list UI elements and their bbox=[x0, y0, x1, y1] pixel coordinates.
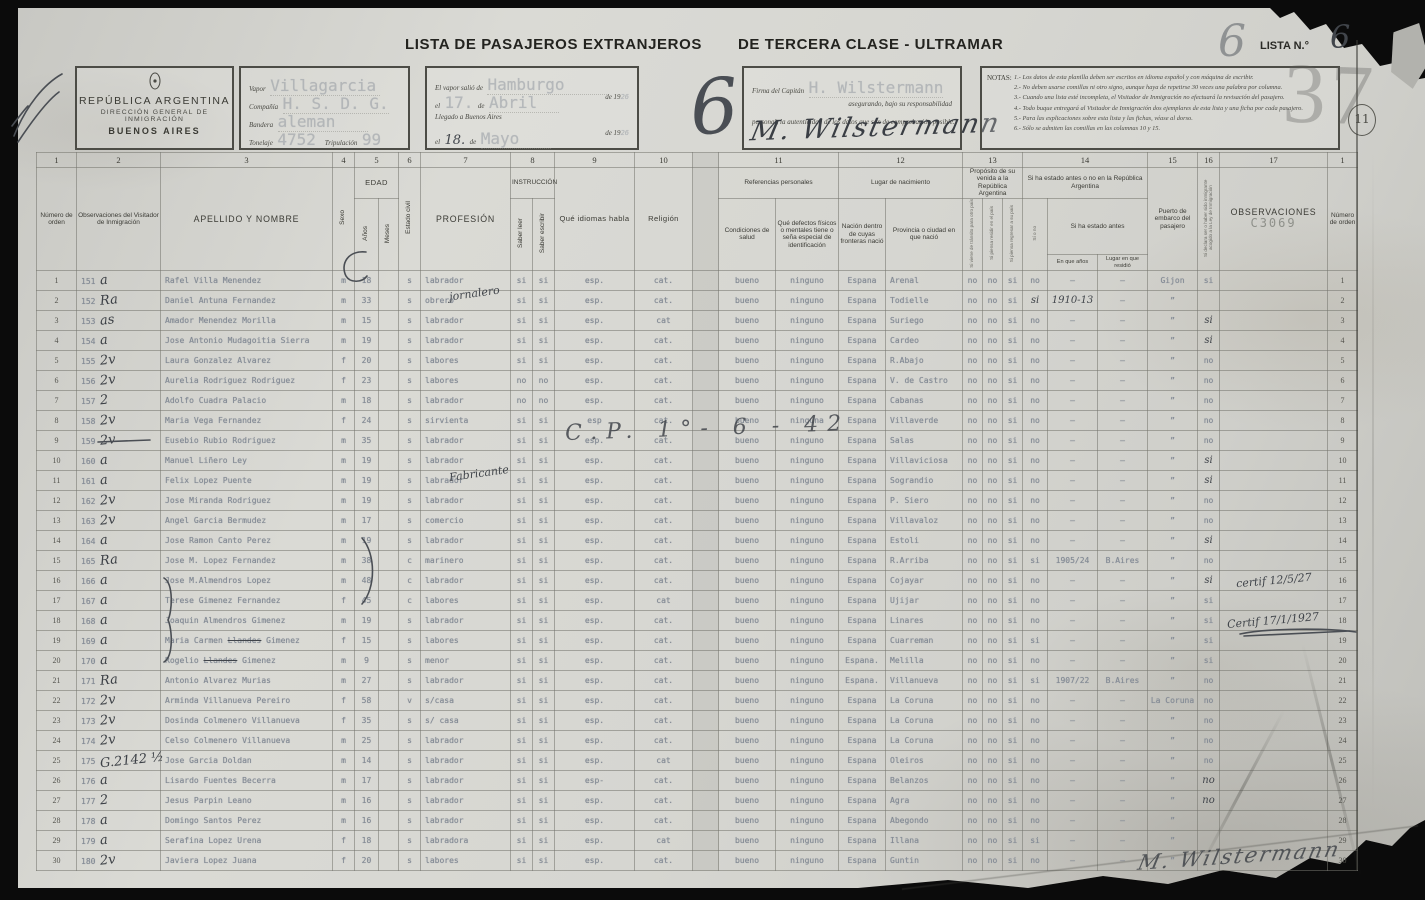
cell-gap bbox=[693, 591, 719, 611]
cell-c16: si bbox=[1198, 531, 1220, 551]
cell-n: 27 bbox=[37, 791, 77, 811]
cell-yrs: – bbox=[1048, 591, 1098, 611]
cell-n2: 24 bbox=[1328, 731, 1358, 751]
cell-yr: 20 bbox=[355, 351, 379, 371]
cell-def: ninguno bbox=[776, 631, 839, 651]
passenger-row: 19169aMaria Carmen Llandes Gimenezf15sla… bbox=[37, 631, 1358, 651]
cell-yr: 15 bbox=[355, 311, 379, 331]
visitor-mark: a bbox=[100, 633, 109, 649]
cell-n2: 4 bbox=[1328, 331, 1358, 351]
cell-name: Jose M. Lopez Fernandez bbox=[161, 551, 333, 571]
row18-obs-flourish bbox=[1238, 624, 1358, 640]
cell-n: 10 bbox=[37, 451, 77, 471]
cell-c16: si bbox=[1198, 591, 1220, 611]
cell-civ: s bbox=[399, 411, 421, 431]
cell-p1: no bbox=[963, 351, 983, 371]
cell-rd: si bbox=[511, 551, 533, 571]
cell-wr: si bbox=[533, 651, 555, 671]
cell-p3: si bbox=[1003, 311, 1023, 331]
cell-obs bbox=[1220, 331, 1328, 351]
table-right-border bbox=[1356, 40, 1358, 870]
scanned-passenger-list-page: LISTA DE PASAJEROS EXTRANJEROS DE TERCER… bbox=[0, 0, 1425, 900]
cell-p2: no bbox=[983, 771, 1003, 791]
dia-salida: 17. bbox=[445, 93, 474, 112]
cell-sex: f bbox=[333, 351, 355, 371]
cell-regmark: 175G.2142 ½ bbox=[77, 751, 161, 771]
cell-p1: no bbox=[963, 811, 983, 831]
cell-gap bbox=[693, 511, 719, 531]
cell-civ: s bbox=[399, 731, 421, 751]
cell-n: 13 bbox=[37, 511, 77, 531]
cell-prof: labores bbox=[421, 631, 511, 651]
cell-gap bbox=[693, 311, 719, 331]
cell-name: Maria Carmen Llandes Gimenez bbox=[161, 631, 333, 651]
cell-civ: c bbox=[399, 571, 421, 591]
header-profesion: PROFESIÓN bbox=[421, 168, 511, 271]
cell-p3: si bbox=[1003, 851, 1023, 871]
cell-p1: no bbox=[963, 611, 983, 631]
cell-def: ninguno bbox=[776, 531, 839, 551]
passenger-row: 16166aJose M.Almendros Lopezm48clabrador… bbox=[37, 571, 1358, 591]
cell-lug: – bbox=[1098, 571, 1148, 591]
cell-p1: no bbox=[963, 411, 983, 431]
cell-n: 5 bbox=[37, 351, 77, 371]
cell-been: si bbox=[1023, 551, 1048, 571]
visitor-mark: 2v bbox=[100, 372, 117, 389]
cell-regmark: 154a bbox=[77, 331, 161, 351]
cell-prof: sirvienta bbox=[421, 411, 511, 431]
cell-prof: comercio bbox=[421, 511, 511, 531]
tonelaje-label: Tonelaje bbox=[249, 139, 273, 147]
cell-yrs: – bbox=[1048, 451, 1098, 471]
visitor-mark: 2v bbox=[100, 352, 117, 369]
cell-p2: no bbox=[983, 571, 1003, 591]
cell-obs bbox=[1220, 691, 1328, 711]
cell-rd: no bbox=[511, 371, 533, 391]
cell-sex: m bbox=[333, 731, 355, 751]
cell-lang: esp. bbox=[555, 791, 635, 811]
cell-rel: cat. bbox=[635, 851, 693, 871]
cell-hlt: bueno bbox=[719, 711, 776, 731]
cell-n2: 9 bbox=[1328, 431, 1358, 451]
cell-wr: si bbox=[533, 831, 555, 851]
cell-p1: no bbox=[963, 671, 983, 691]
firma-typed: H. Wilstermann bbox=[809, 78, 944, 98]
cell-regmark: 152Ra bbox=[77, 291, 161, 311]
cell-gap bbox=[693, 751, 719, 771]
cell-wr: si bbox=[533, 531, 555, 551]
cell-rd: si bbox=[511, 431, 533, 451]
cell-def: ninguno bbox=[776, 751, 839, 771]
firma-label: Firma del Capitán bbox=[752, 87, 804, 95]
passenger-rows: 1151aRafel Villa Menendezm18slabradorsis… bbox=[37, 271, 1358, 871]
cell-rd: si bbox=[511, 651, 533, 671]
cell-n: 15 bbox=[37, 551, 77, 571]
cell-p2: no bbox=[983, 531, 1003, 551]
cell-yr: 24 bbox=[355, 411, 379, 431]
cell-prof: labores bbox=[421, 591, 511, 611]
cell-port: Gijon bbox=[1148, 271, 1198, 291]
cell-lang: esp. bbox=[555, 591, 635, 611]
cell-gap bbox=[693, 671, 719, 691]
cell-lang: esp. bbox=[555, 631, 635, 651]
cell-sex: f bbox=[333, 371, 355, 391]
cell-sex: m bbox=[333, 791, 355, 811]
passenger-row: 121622vJose Miranda Rodriguezm19slabrado… bbox=[37, 491, 1358, 511]
cell-port: ” bbox=[1148, 511, 1198, 531]
cell-gap bbox=[693, 471, 719, 491]
ship-box: Vapor Villagarcia Compañía H. S. D. G. B… bbox=[239, 66, 410, 150]
cell-p2: no bbox=[983, 311, 1003, 331]
visitor-mark: as bbox=[100, 312, 116, 328]
cell-c16: si bbox=[1198, 631, 1220, 651]
cell-regmark: 169a bbox=[77, 631, 161, 651]
cell-p3: si bbox=[1003, 391, 1023, 411]
cell-rd: si bbox=[511, 611, 533, 631]
cell-name: Angel Garcia Bermudez bbox=[161, 511, 333, 531]
cell-obs bbox=[1220, 551, 1328, 571]
cell-c16: no bbox=[1198, 431, 1220, 451]
cell-name: Rafel Villa Menendez bbox=[161, 271, 333, 291]
cell-n: 2 bbox=[37, 291, 77, 311]
cell-regmark: 176a bbox=[77, 771, 161, 791]
cell-port: ” bbox=[1148, 311, 1198, 331]
cell-c16: si bbox=[1198, 451, 1220, 471]
passenger-row: 29179aSerafina Lopez Urenaf18slabradoras… bbox=[37, 831, 1358, 851]
cell-p3: si bbox=[1003, 411, 1023, 431]
cell-p3: si bbox=[1003, 671, 1023, 691]
cell-n: 18 bbox=[37, 611, 77, 631]
cell-yr: 25 bbox=[355, 731, 379, 751]
rows17-20-brace bbox=[160, 576, 178, 664]
cell-c16: si bbox=[1198, 311, 1220, 331]
cell-n: 21 bbox=[37, 671, 77, 691]
cell-p2: no bbox=[983, 591, 1003, 611]
cell-def: ninguno bbox=[776, 811, 839, 831]
cell-wr: si bbox=[533, 751, 555, 771]
cell-p1: no bbox=[963, 291, 983, 311]
colnum-10: 10 bbox=[635, 153, 693, 168]
cell-mo bbox=[379, 371, 399, 391]
cell-prov: Arenal bbox=[886, 271, 963, 291]
cell-p1: no bbox=[963, 431, 983, 451]
cell-been: si bbox=[1023, 631, 1048, 651]
cell-regmark: 166a bbox=[77, 571, 161, 591]
cell-hlt: bueno bbox=[719, 511, 776, 531]
cell-sex: m bbox=[333, 311, 355, 331]
cell-nac: Espana bbox=[839, 591, 886, 611]
cell-c16: no bbox=[1198, 691, 1220, 711]
cell-civ: s bbox=[399, 391, 421, 411]
header-condiciones-salud: Condiciones de salud bbox=[719, 198, 776, 270]
cell-c16: no bbox=[1198, 371, 1220, 391]
cell-hlt: bueno bbox=[719, 851, 776, 871]
cell-sex: m bbox=[333, 651, 355, 671]
anio-salida: 26 bbox=[621, 93, 629, 101]
visitor-mark: a bbox=[100, 573, 109, 589]
cell-n: 29 bbox=[37, 831, 77, 851]
cell-civ: s bbox=[399, 431, 421, 451]
coat-of-arms-icon bbox=[77, 72, 232, 95]
cell-nac: Espana bbox=[839, 571, 886, 591]
cell-been: no bbox=[1023, 711, 1048, 731]
cell-mo bbox=[379, 671, 399, 691]
cell-c16 bbox=[1198, 291, 1220, 311]
cell-port: ” bbox=[1148, 671, 1198, 691]
cell-wr: si bbox=[533, 611, 555, 631]
cell-prof: labrador bbox=[421, 731, 511, 751]
cell-mo bbox=[379, 791, 399, 811]
visitor-mark: a bbox=[100, 273, 109, 289]
cell-gap bbox=[693, 811, 719, 831]
cell-port: ” bbox=[1148, 571, 1198, 591]
cell-yr: 33 bbox=[355, 291, 379, 311]
cell-rel: cat. bbox=[635, 611, 693, 631]
cell-prov: Oleiros bbox=[886, 751, 963, 771]
cell-name: Jesus Parpin Leano bbox=[161, 791, 333, 811]
cell-gap bbox=[693, 711, 719, 731]
cell-yr: 19 bbox=[355, 471, 379, 491]
fold-line-right bbox=[1372, 150, 1374, 810]
cell-gap bbox=[693, 571, 719, 591]
cell-p3: si bbox=[1003, 691, 1023, 711]
visitor-mark: a bbox=[100, 453, 109, 469]
cell-prov: La Coruna bbox=[886, 711, 963, 731]
el-label: el bbox=[435, 102, 440, 110]
cell-p2: no bbox=[983, 291, 1003, 311]
cell-regmark: 1802v bbox=[77, 851, 161, 871]
cell-prof: labrador bbox=[421, 491, 511, 511]
cell-def: ninguno bbox=[776, 711, 839, 731]
visitor-mark: Ra bbox=[100, 292, 119, 309]
header-lugar-residio: Lugar en que residió bbox=[1098, 255, 1148, 271]
cell-lang: esp. bbox=[555, 571, 635, 591]
cell-obs bbox=[1220, 771, 1328, 791]
de-label2: de bbox=[470, 138, 477, 146]
cell-obs bbox=[1220, 371, 1328, 391]
cell-lug: – bbox=[1098, 731, 1148, 751]
cell-been: si bbox=[1023, 831, 1048, 851]
salio-value: Hamburgo bbox=[487, 75, 607, 95]
cell-prov: Illana bbox=[886, 831, 963, 851]
org-name: REPÚBLICA ARGENTINA bbox=[77, 95, 232, 107]
cell-sex: m bbox=[333, 451, 355, 471]
captain-line2: asegurando, bajo su responsabilidad bbox=[752, 100, 952, 108]
cell-regmark: 170a bbox=[77, 651, 161, 671]
cell-def: ninguno bbox=[776, 851, 839, 871]
cell-lug: – bbox=[1098, 651, 1148, 671]
cell-yr: 35 bbox=[355, 711, 379, 731]
cell-obs bbox=[1220, 271, 1328, 291]
cell-prov: Melilla bbox=[886, 651, 963, 671]
cell-mo bbox=[379, 811, 399, 831]
cell-p2: no bbox=[983, 831, 1003, 851]
header-meses: Meses bbox=[379, 198, 399, 270]
cell-wr: si bbox=[533, 431, 555, 451]
cell-prof: labrador bbox=[421, 571, 511, 591]
cell-sex: f bbox=[333, 711, 355, 731]
cell-obs bbox=[1220, 311, 1328, 331]
cell-yrs: – bbox=[1048, 331, 1098, 351]
cell-mo bbox=[379, 491, 399, 511]
cell-p1: no bbox=[963, 751, 983, 771]
cell-c16: no bbox=[1198, 731, 1220, 751]
rows15-16-paren bbox=[356, 536, 378, 606]
cell-obs bbox=[1220, 491, 1328, 511]
cell-obs bbox=[1220, 591, 1328, 611]
cell-prov: La Coruna bbox=[886, 731, 963, 751]
cell-civ: s bbox=[399, 311, 421, 331]
cell-wr: si bbox=[533, 711, 555, 731]
cell-n2: 26 bbox=[1328, 771, 1358, 791]
cell-p1: no bbox=[963, 831, 983, 851]
vapor-value: Villagarcia bbox=[270, 76, 380, 96]
cell-gap bbox=[693, 291, 719, 311]
cell-rd: si bbox=[511, 411, 533, 431]
cell-port: ” bbox=[1148, 371, 1198, 391]
tripulacion-label: Tripulación bbox=[325, 139, 358, 147]
cell-def: ninguno bbox=[776, 271, 839, 291]
visitor-mark: a bbox=[100, 333, 109, 349]
cell-mo bbox=[379, 571, 399, 591]
cell-hlt: bueno bbox=[719, 271, 776, 291]
org-box: REPÚBLICA ARGENTINA DIRECCIÓN GENERAL DE… bbox=[75, 66, 234, 150]
cell-yrs: 1907/22 bbox=[1048, 671, 1098, 691]
cell-prov: Ujijar bbox=[886, 591, 963, 611]
cell-wr: no bbox=[533, 371, 555, 391]
cell-rel: cat. bbox=[635, 491, 693, 511]
cell-prov: R.Arriba bbox=[886, 551, 963, 571]
cell-gap bbox=[693, 631, 719, 651]
cell-gap bbox=[693, 371, 719, 391]
cell-nac: Espana bbox=[839, 471, 886, 491]
cell-been: si bbox=[1023, 291, 1048, 311]
cell-been: no bbox=[1023, 371, 1048, 391]
header-row-groups: Número de orden Observaciones del Visita… bbox=[37, 168, 1358, 199]
cell-name: Arminda Villanueva Pereiro bbox=[161, 691, 333, 711]
cell-nac: Espana bbox=[839, 311, 886, 331]
cell-n2: 15 bbox=[1328, 551, 1358, 571]
cell-c16: no bbox=[1198, 711, 1220, 731]
cell-nac: Espana bbox=[839, 331, 886, 351]
cell-p1: no bbox=[963, 331, 983, 351]
cell-port: ” bbox=[1148, 631, 1198, 651]
cell-def: ninguno bbox=[776, 491, 839, 511]
cell-rel: cat. bbox=[635, 371, 693, 391]
cell-civ: s bbox=[399, 351, 421, 371]
cell-civ: s bbox=[399, 271, 421, 291]
cell-p3: si bbox=[1003, 771, 1023, 791]
cell-mo bbox=[379, 651, 399, 671]
passenger-row: 71572Adolfo Cuadra Palaciom18slabradorno… bbox=[37, 391, 1358, 411]
cell-prov: Cabanas bbox=[886, 391, 963, 411]
cell-c16: no bbox=[1198, 491, 1220, 511]
stamp-c3069: C3069 bbox=[1221, 217, 1326, 231]
page-title: LISTA DE PASAJEROS EXTRANJEROS bbox=[405, 36, 702, 53]
cell-prov: Suriego bbox=[886, 311, 963, 331]
cell-wr: si bbox=[533, 511, 555, 531]
visitor-mark: 2 bbox=[100, 793, 110, 809]
cell-hlt: bueno bbox=[719, 491, 776, 511]
cell-p1: no bbox=[963, 471, 983, 491]
cell-n: 1 bbox=[37, 271, 77, 291]
cell-been: si bbox=[1023, 671, 1048, 691]
cell-obs bbox=[1220, 291, 1328, 311]
cell-lang: esp. bbox=[555, 311, 635, 331]
cell-yr: 58 bbox=[355, 691, 379, 711]
cell-lug: – bbox=[1098, 451, 1148, 471]
cell-n: 23 bbox=[37, 711, 77, 731]
passenger-row: 221722vArminda Villanueva Pereirof58vs/c… bbox=[37, 691, 1358, 711]
cell-prof: labrador bbox=[421, 391, 511, 411]
cell-sex: m bbox=[333, 471, 355, 491]
cell-yrs: – bbox=[1048, 271, 1098, 291]
cell-port: ” bbox=[1148, 391, 1198, 411]
header-si-ha-estado: Si ha estado antes bbox=[1048, 198, 1148, 254]
header-proposito-b: Si piensa residir en el país bbox=[983, 198, 1003, 270]
cell-rel: cat. bbox=[635, 351, 693, 371]
cell-gap bbox=[693, 491, 719, 511]
cell-def: ninguno bbox=[776, 771, 839, 791]
cell-rel: cat. bbox=[635, 651, 693, 671]
cell-rel: cat. bbox=[635, 511, 693, 531]
llegado-label: Llegado a Buenos Aires bbox=[435, 113, 629, 121]
cell-gap bbox=[693, 451, 719, 471]
cell-obs bbox=[1220, 531, 1328, 551]
cell-rd: si bbox=[511, 671, 533, 691]
colnum-14: 14 bbox=[1023, 153, 1148, 168]
colnum-13: 13 bbox=[963, 153, 1023, 168]
cell-been: no bbox=[1023, 791, 1048, 811]
cell-yrs: – bbox=[1048, 571, 1098, 591]
cell-name: Serafina Lopez Urena bbox=[161, 831, 333, 851]
cell-mo bbox=[379, 271, 399, 291]
cell-lug: – bbox=[1098, 811, 1148, 831]
cell-name: Terese Gimenez Fernandez bbox=[161, 591, 333, 611]
cell-civ: s bbox=[399, 771, 421, 791]
cell-nac: Espana bbox=[839, 511, 886, 531]
cell-wr: si bbox=[533, 291, 555, 311]
visitor-mark: 2v bbox=[100, 712, 117, 729]
cell-nac: Espana bbox=[839, 531, 886, 551]
colnum-15: 15 bbox=[1148, 153, 1198, 168]
cell-lang: esp. bbox=[555, 611, 635, 631]
cell-yrs: – bbox=[1048, 531, 1098, 551]
cell-obs bbox=[1220, 511, 1328, 531]
cell-lug: – bbox=[1098, 691, 1148, 711]
cell-regmark: 1632v bbox=[77, 511, 161, 531]
cell-c16: si bbox=[1198, 611, 1220, 631]
cell-yrs: – bbox=[1048, 731, 1098, 751]
cell-p3: si bbox=[1003, 811, 1023, 831]
cell-rel: cat. bbox=[635, 391, 693, 411]
cell-rel: cat. bbox=[635, 771, 693, 791]
cell-p3: si bbox=[1003, 451, 1023, 471]
colnum-7: 7 bbox=[421, 153, 511, 168]
cell-gap bbox=[693, 551, 719, 571]
cell-p2: no bbox=[983, 711, 1003, 731]
cell-wr: si bbox=[533, 691, 555, 711]
header-estado-civil: Estado civil bbox=[399, 168, 421, 271]
cell-n: 8 bbox=[37, 411, 77, 431]
cell-nac: Espana bbox=[839, 731, 886, 751]
cell-obs: certif 12/5/27 bbox=[1220, 571, 1328, 591]
cell-obs bbox=[1220, 471, 1328, 491]
cell-prov: Cardeo bbox=[886, 331, 963, 351]
cell-lug: – bbox=[1098, 791, 1148, 811]
cell-rd: si bbox=[511, 851, 533, 871]
cell-lug: B.Aires bbox=[1098, 671, 1148, 691]
